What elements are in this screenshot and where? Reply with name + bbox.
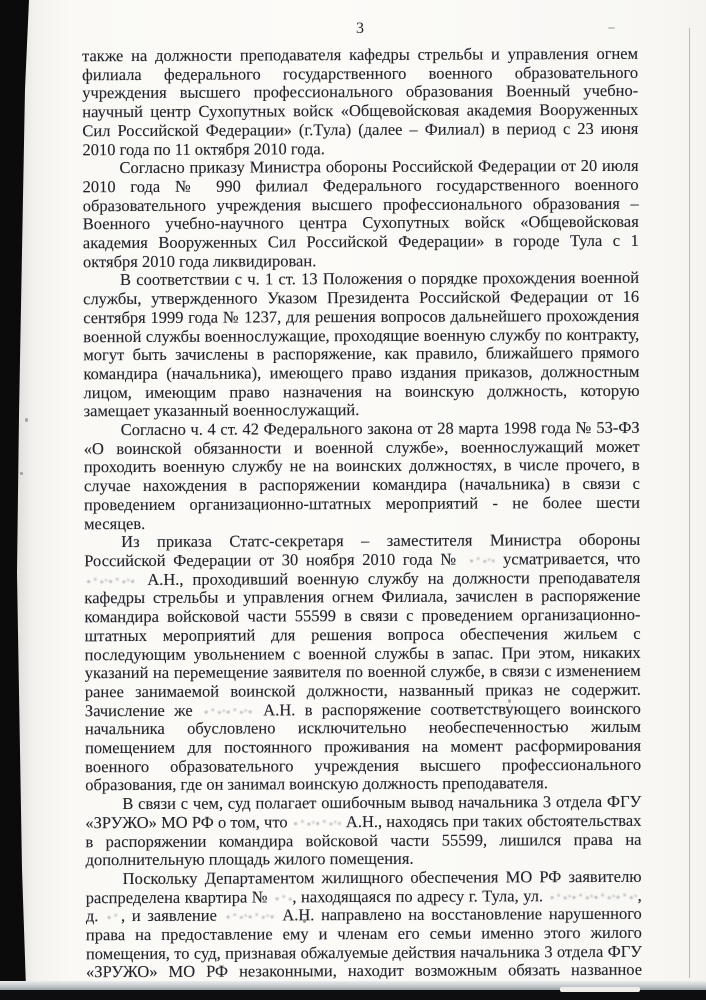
paragraph: также на должности преподавателя кафедры… [82, 45, 638, 160]
scan-speck [608, 27, 615, 29]
paragraph: В связи с чем, суд полагает ошибочным вы… [85, 793, 641, 870]
redacted-text [106, 912, 120, 921]
redacted-text [468, 555, 494, 564]
scan-speck [508, 699, 511, 703]
page-bottom-corner [560, 987, 640, 992]
redacted-text [225, 912, 275, 921]
paragraph: Согласно приказу Министра обороны Россий… [82, 157, 638, 272]
scan-speck [25, 418, 28, 422]
redacted-text [85, 576, 137, 585]
scan-speck [20, 472, 23, 475]
page-number: 3 [82, 20, 638, 38]
text-body: также на должности преподавателя кафедры… [82, 45, 642, 1000]
paragraph: В соответствии с ч. 1 ст. 13 Положения о… [83, 269, 640, 421]
page-edge-line [689, 28, 690, 978]
scanned-document: 3 также на должности преподавателя кафед… [0, 0, 706, 1000]
redacted-text [273, 893, 291, 902]
redacted-text [293, 818, 341, 827]
paragraph: Из приказа Статс-секретаря – заместителя… [84, 531, 641, 795]
redacted-text [203, 706, 253, 715]
paragraph: Согласно ч. 4 ст. 42 Федерального закона… [84, 419, 640, 534]
scan-speck [303, 919, 306, 923]
redacted-text [549, 891, 637, 900]
